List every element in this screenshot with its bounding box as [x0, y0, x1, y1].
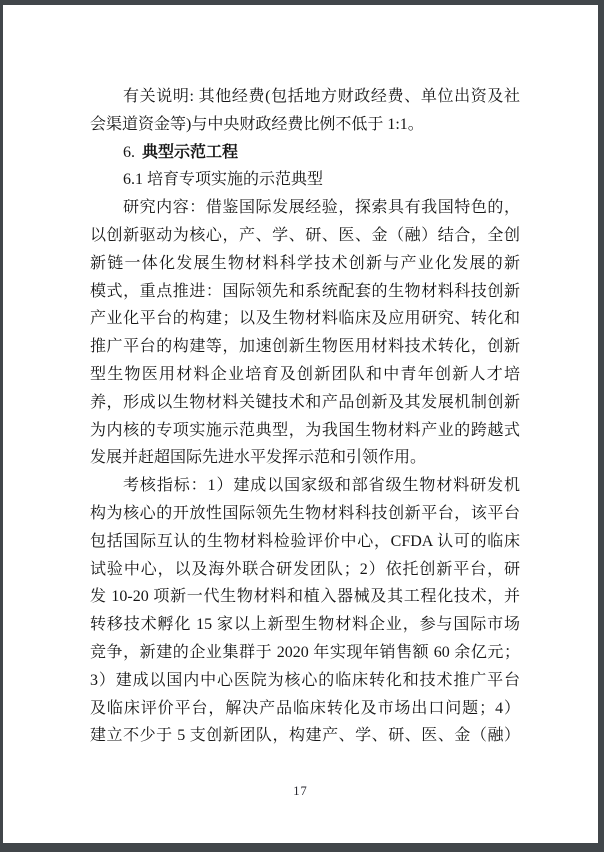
text-line: 推广平台的构建等，加速创新生物医用材料技术转化，创新: [90, 333, 520, 361]
document-page: 有关说明: 其他经费(包括地方财政经费、单位出资及社 会渠道资金等)与中央财政经…: [3, 5, 598, 843]
text-line: 发展并赶超国际先进水平发挥示范和引领作用。: [90, 444, 520, 472]
text-line: 竞争，新建的企业集群于 2020 年实现年销售额 60 余亿元；: [90, 639, 520, 667]
text-line: 新链一体化发展生物材料科学技术创新与产业化发展的新: [90, 250, 520, 278]
text-line: 模式，重点推进：国际领先和系统配套的生物材料科技创新: [90, 278, 520, 306]
text-line: 产业化平台的构建；以及生物材料临床及应用研究、转化和: [90, 305, 520, 333]
text-line: 建立不少于 5 支创新团队，构建产、学、研、医、金（融）: [90, 722, 520, 750]
text-line: 以创新驱动为核心，产、学、研、医、金（融）结合，全创: [90, 222, 520, 250]
text-line: 发 10-20 项新一代生物材料和植入器械及其工程化技术，并: [90, 583, 520, 611]
text-line: 构为核心的开放性国际领先生物材料科技创新平台，该平台: [90, 500, 520, 528]
text-line: 3）建成以国内中心医院为核心的临床转化和技术推广平台: [90, 667, 520, 695]
page-text-block: 有关说明: 其他经费(包括地方财政经费、单位出资及社 会渠道资金等)与中央财政经…: [90, 83, 520, 750]
text-line: 转移技术孵化 15 家以上新型生物材料企业，参与国际市场: [90, 611, 520, 639]
text-line: 养，形成以生物材料关键技术和产品创新及其发展机制创新: [90, 389, 520, 417]
text-line: 有关说明: 其他经费(包括地方财政经费、单位出资及社: [90, 83, 520, 111]
text-line: 型生物医用材料企业培育及创新团队和中青年创新人才培: [90, 361, 520, 389]
text-line: 会渠道资金等)与中央财政经费比例不低于 1:1。: [90, 111, 520, 139]
text-line: 试验中心，以及海外联合研发团队；2）依托创新平台，研: [90, 556, 520, 584]
page-number: 17: [3, 784, 598, 799]
text-line: 考核指标：1）建成以国家级和部省级生物材料研发机: [90, 472, 520, 500]
section-number: 6.: [123, 144, 135, 161]
pdf-viewer-background: { "page": { "number": "17", "background_…: [0, 0, 604, 852]
text-line: 及临床评价平台，解决产品临床转化及市场出口问题；4）: [90, 695, 520, 723]
section-heading: 6.典型示范工程: [90, 139, 520, 167]
subsection-heading: 6.1 培育专项实施的示范典型: [90, 166, 520, 194]
section-title: 典型示范工程: [142, 144, 238, 161]
text-line: 包括国际互认的生物材料检验评价中心，CFDA 认可的临床: [90, 528, 520, 556]
text-line: 为内核的专项实施示范典型，为我国生物材料产业的跨越式: [90, 417, 520, 445]
text-line: 研究内容：借鉴国际发展经验，探索具有我国特色的，: [90, 194, 520, 222]
